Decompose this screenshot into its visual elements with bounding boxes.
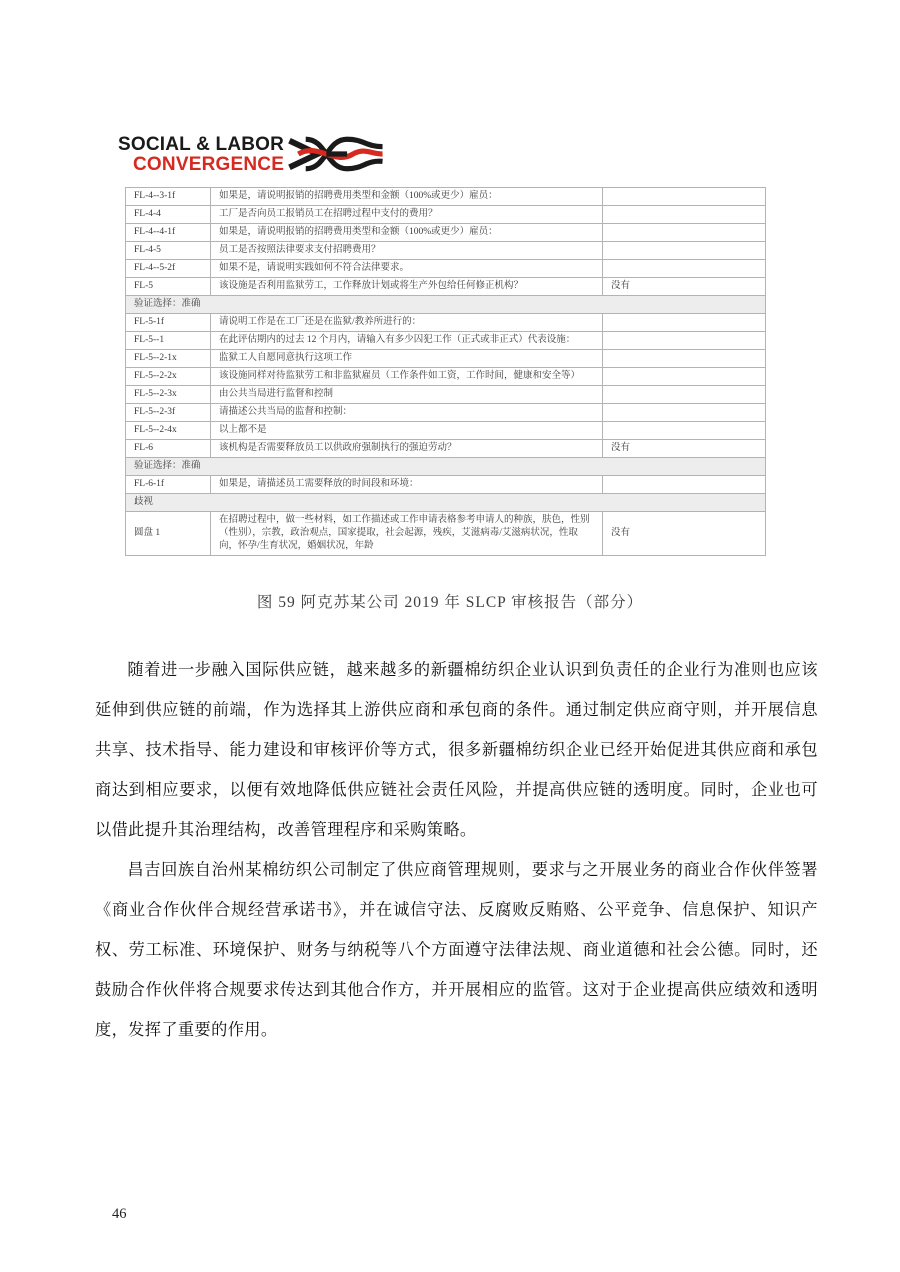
table-row: FL-5--2-2x该设施同样对待监狱劳工和非监狱雇员（工作条件如工资，工作时间… (126, 368, 766, 386)
answer-cell: 没有 (603, 512, 766, 556)
question-id-cell: FL-5--2-1x (126, 350, 211, 368)
table-row: FL-5--2-1x监狱工人自愿同意执行这项工作 (126, 350, 766, 368)
table-row: FL-6-1f如果是，请描述员工需要释放的时间段和环境： (126, 476, 766, 494)
table-row: FL-4-5员工是否按照法律要求支付招聘费用？ (126, 242, 766, 260)
question-id-cell: FL-6-1f (126, 476, 211, 494)
question-id-cell: FL-4-5 (126, 242, 211, 260)
table-band-row: 验证选择：准确 (126, 296, 766, 314)
question-text-cell: 该设施同样对待监狱劳工和非监狱雇员（工作条件如工资，工作时间，健康和安全等） (211, 368, 603, 386)
question-text-cell: 该设施是否利用监狱劳工，工作释放计划或将生产外包给任何修正机构？ (211, 278, 603, 296)
question-id-cell: FL-5--2-3x (126, 386, 211, 404)
question-text-cell: 如果不是，请说明实践如何不符合法律要求。 (211, 260, 603, 278)
table-row: FL-4--4-1f如果是，请说明报销的招聘费用类型和金额（100%或更少）雇员… (126, 224, 766, 242)
question-text-cell: 该机构是否需要释放员工以供政府强制执行的强迫劳动？ (211, 440, 603, 458)
question-text-cell: 在此评估期内的过去 12 个月内，请输入有多少囚犯工作（正式或非正式）代表设施： (211, 332, 603, 350)
answer-cell (603, 476, 766, 494)
question-id-cell: FL-4--4-1f (126, 224, 211, 242)
slcp-logo-text: SOCIAL & LABOR CONVERGENCE (118, 135, 284, 174)
table-row: 圆盘 1在招聘过程中，做一些材料，如工作描述或工作申请表格参考申请人的种族，肤色… (126, 512, 766, 556)
answer-cell: 没有 (603, 278, 766, 296)
logo-line-social-labor: SOCIAL & LABOR (118, 135, 284, 154)
question-text-cell: 如果是，请说明报销的招聘费用类型和金额（100%或更少）雇员： (211, 224, 603, 242)
answer-cell (603, 188, 766, 206)
question-id-cell: FL-5--2-4x (126, 422, 211, 440)
answer-cell (603, 260, 766, 278)
question-id-cell: FL-5--2-2x (126, 368, 211, 386)
audit-table-body: FL-4--3-1f如果是，请说明报销的招聘费用类型和金额（100%或更少）雇员… (126, 188, 766, 556)
question-id-cell: FL-4--5-2f (126, 260, 211, 278)
braid-weave-icon (288, 133, 384, 175)
question-id-cell: FL-4-4 (126, 206, 211, 224)
question-text-cell: 在招聘过程中，做一些材料，如工作描述或工作申请表格参考申请人的种族，肤色，性别（… (211, 512, 603, 556)
answer-cell (603, 386, 766, 404)
answer-cell (603, 206, 766, 224)
question-text-cell: 以上都不是 (211, 422, 603, 440)
answer-cell (603, 350, 766, 368)
band-label: 验证选择：准确 (126, 458, 766, 476)
question-text-cell: 监狱工人自愿同意执行这项工作 (211, 350, 603, 368)
paragraph: 昌吉回族自治州某棉纺织公司制定了供应商管理规则，要求与之开展业务的商业合作伙伴签… (95, 850, 818, 1050)
answer-cell (603, 368, 766, 386)
logo-line-convergence: CONVERGENCE (118, 155, 284, 174)
question-id-cell: 圆盘 1 (126, 512, 211, 556)
answer-cell (603, 422, 766, 440)
question-id-cell: FL-5--1 (126, 332, 211, 350)
slcp-audit-table: FL-4--3-1f如果是，请说明报销的招聘费用类型和金额（100%或更少）雇员… (125, 187, 766, 556)
question-id-cell: FL-5 (126, 278, 211, 296)
question-id-cell: FL-5--2-3f (126, 404, 211, 422)
table-row: FL-4--3-1f如果是，请说明报销的招聘费用类型和金额（100%或更少）雇员… (126, 188, 766, 206)
body-text: 随着进一步融入国际供应链，越来越多的新疆棉纺织企业认识到负责任的企业行为准则也应… (95, 650, 818, 1050)
band-label: 验证选择：准确 (126, 296, 766, 314)
table-row: FL-5--2-4x以上都不是 (126, 422, 766, 440)
band-label: 歧视 (126, 494, 766, 512)
table-row: FL-5--2-3f请描述公共当局的监督和控制： (126, 404, 766, 422)
question-text-cell: 请说明工作是在工厂还是在监狱/教养所进行的： (211, 314, 603, 332)
answer-cell (603, 224, 766, 242)
question-id-cell: FL-5-1f (126, 314, 211, 332)
question-id-cell: FL-6 (126, 440, 211, 458)
table-band-row: 验证选择：准确 (126, 458, 766, 476)
question-text-cell: 由公共当局进行监督和控制 (211, 386, 603, 404)
answer-cell (603, 242, 766, 260)
question-text-cell: 员工是否按照法律要求支付招聘费用？ (211, 242, 603, 260)
answer-cell (603, 314, 766, 332)
answer-cell (603, 404, 766, 422)
question-text-cell: 工厂是否向员工报销员工在招聘过程中支付的费用？ (211, 206, 603, 224)
question-text-cell: 如果是，请说明报销的招聘费用类型和金额（100%或更少）雇员： (211, 188, 603, 206)
answer-cell (603, 332, 766, 350)
table-row: FL-6该机构是否需要释放员工以供政府强制执行的强迫劳动？没有 (126, 440, 766, 458)
table-row: FL-5--2-3x由公共当局进行监督和控制 (126, 386, 766, 404)
table-row: FL-4--5-2f如果不是，请说明实践如何不符合法律要求。 (126, 260, 766, 278)
question-text-cell: 请描述公共当局的监督和控制： (211, 404, 603, 422)
paragraph: 随着进一步融入国际供应链，越来越多的新疆棉纺织企业认识到负责任的企业行为准则也应… (95, 650, 818, 850)
table-row: FL-5该设施是否利用监狱劳工，工作释放计划或将生产外包给任何修正机构？没有 (126, 278, 766, 296)
slcp-logo: SOCIAL & LABOR CONVERGENCE (118, 133, 384, 175)
figure-caption: 图 59 阿克苏某公司 2019 年 SLCP 审核报告（部分） (0, 590, 900, 612)
table-band-row: 歧视 (126, 494, 766, 512)
answer-cell: 没有 (603, 440, 766, 458)
table-row: FL-5--1在此评估期内的过去 12 个月内，请输入有多少囚犯工作（正式或非正… (126, 332, 766, 350)
table-row: FL-5-1f请说明工作是在工厂还是在监狱/教养所进行的： (126, 314, 766, 332)
question-text-cell: 如果是，请描述员工需要释放的时间段和环境： (211, 476, 603, 494)
question-id-cell: FL-4--3-1f (126, 188, 211, 206)
page-number: 46 (112, 1206, 127, 1223)
table-row: FL-4-4工厂是否向员工报销员工在招聘过程中支付的费用？ (126, 206, 766, 224)
